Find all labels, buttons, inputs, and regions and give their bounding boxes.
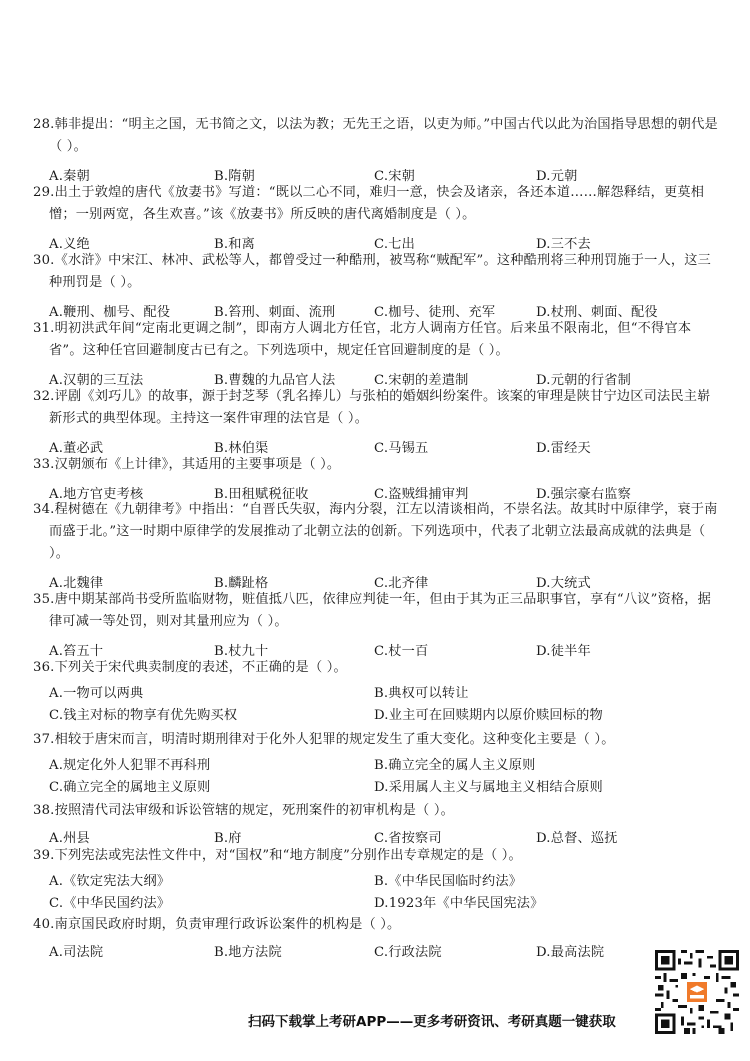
question-stem: 30.《水浒》中宋江、林冲、武松等人，都曾受过一种酷刑，被骂称“贼配军”。这种酷… (33, 250, 723, 294)
question-number: 34. (33, 502, 55, 517)
option-b[interactable]: B.地方法院 (214, 942, 282, 964)
question-number: 36. (33, 660, 55, 675)
option-a[interactable]: A.司法院 (49, 942, 103, 964)
question-text: 程树德在《九朝律考》中指出：“自晋氏失驭，海内分裂，江左以清谈相尚，不崇名法。故… (49, 502, 718, 561)
option-d[interactable]: D.业主可在回赎期内以原价赎回标的物 (374, 705, 603, 727)
question-text: 评剧《刘巧儿》的故事，源于封芝琴（乳名捧儿）与张柏的婚姻纠纷案件。该案的审理是陕… (49, 389, 711, 426)
question-35: 35.唐中期某部尚书受所监临财物，赃值抵八匹，依律应判徒一年，但由于其为正三品职… (33, 589, 723, 663)
question-number: 31. (33, 321, 55, 336)
question-stem: 37.相较于唐宋而言，明清时期刑律对于化外人犯罪的规定发生了重大变化。这种变化主… (33, 729, 723, 751)
question-stem: 38.按照清代司法审级和诉讼管辖的规定，死刑案件的初审机构是（ ）。 (33, 800, 723, 822)
question-text: 汉朝颁布《上计律》，其适用的主要事项是（ ）。 (55, 457, 341, 472)
option-d[interactable]: D.最高法院 (536, 942, 604, 964)
question-number: 39. (33, 848, 55, 863)
question-text: 韩非提出：“明主之国，无书简之文，以法为教；无先王之语，以吏为师。”中国古代以此… (49, 117, 718, 154)
question-37: 37.相较于唐宋而言，明清时期刑律对于化外人犯罪的规定发生了重大变化。这种变化主… (33, 729, 723, 799)
option-c[interactable]: C.确立完全的属地主义原则 (49, 777, 210, 799)
question-text: 南京国民政府时期，负责审理行政诉讼案件的机构是（ ）。 (55, 917, 401, 932)
option-c[interactable]: C.《中华民国约法》 (49, 893, 170, 915)
option-a[interactable]: A.规定化外人犯罪不再科刑 (49, 755, 210, 777)
question-stem: 32.评剧《刘巧儿》的故事，源于封芝琴（乳名捧儿）与张柏的婚姻纠纷案件。该案的审… (33, 386, 723, 430)
question-number: 40. (33, 917, 55, 932)
question-stem: 40.南京国民政府时期，负责审理行政诉讼案件的机构是（ ）。 (33, 914, 723, 936)
question-text: 《水浒》中宋江、林冲、武松等人，都曾受过一种酷刑，被骂称“贼配军”。这种酷刑将三… (49, 253, 711, 290)
question-stem: 39.下列宪法或宪法性文件中，对“国权”和“地方制度”分别作出专章规定的是（ ）… (33, 845, 723, 867)
option-b[interactable]: B.确立完全的属人主义原则 (374, 755, 536, 777)
option-d[interactable]: D.1923年《中华民国宪法》 (374, 893, 544, 915)
question-number: 35. (33, 592, 55, 607)
question-number: 38. (33, 803, 55, 818)
qr-code-icon[interactable] (655, 950, 739, 1034)
options: A.一物可以两典 B.典权可以转让 C.钱主对标的物享有优先购买权 D.业主可在… (33, 683, 723, 727)
question-text: 唐中期某部尚书受所监临财物，赃值抵八匹，依律应判徒一年，但由于其为正三品职事官，… (49, 592, 711, 629)
question-text: 出土于敦煌的唐代《放妻书》写道：“既以二心不同，难归一意，快会及诸亲，各还本道…… (49, 185, 704, 222)
option-a[interactable]: A.《钦定宪法大纲》 (49, 871, 170, 893)
question-text: 下列关于宋代典卖制度的表述，不正确的是（ ）。 (55, 660, 347, 675)
question-28: 28.韩非提出：“明主之国，无书简之文，以法为教；无先王之语，以吏为师。”中国古… (33, 114, 723, 188)
question-stem: 29.出土于敦煌的唐代《放妻书》写道：“既以二心不同，难归一意，快会及诸亲，各还… (33, 182, 723, 226)
options: A.规定化外人犯罪不再科刑 B.确立完全的属人主义原则 C.确立完全的属地主义原… (33, 755, 723, 799)
question-number: 32. (33, 389, 55, 404)
question-stem: 34.程树德在《九朝律考》中指出：“自晋氏失驭，海内分裂，江左以清谈相尚，不崇名… (33, 499, 723, 565)
options: A.司法院 B.地方法院 C.行政法院 D.最高法院 (33, 942, 723, 964)
question-number: 37. (33, 732, 55, 747)
question-text: 按照清代司法审级和诉讼管辖的规定，死刑案件的初审机构是（ ）。 (55, 803, 454, 818)
question-number: 33. (33, 457, 55, 472)
question-38: 38.按照清代司法审级和诉讼管辖的规定，死刑案件的初审机构是（ ）。 A.州县 … (33, 800, 723, 850)
option-c[interactable]: C.钱主对标的物享有优先购买权 (49, 705, 237, 727)
option-b[interactable]: B.典权可以转让 (374, 683, 469, 705)
question-number: 30. (33, 253, 55, 268)
question-number: 29. (33, 185, 55, 200)
options: A.《钦定宪法大纲》 B.《中华民国临时约法》 C.《中华民国约法》 D.192… (33, 871, 723, 915)
question-32: 32.评剧《刘巧儿》的故事，源于封芝琴（乳名捧儿）与张柏的婚姻纠纷案件。该案的审… (33, 386, 723, 460)
question-stem: 31.明初洪武年间“定南北更调之制”，即南方人调北方任官，北方人调南方任官。后来… (33, 318, 723, 362)
option-a[interactable]: A.一物可以两典 (49, 683, 143, 705)
option-c[interactable]: C.行政法院 (374, 942, 442, 964)
question-34: 34.程树德在《九朝律考》中指出：“自晋氏失驭，海内分裂，江左以清谈相尚，不崇名… (33, 499, 723, 595)
question-36: 36.下列关于宋代典卖制度的表述，不正确的是（ ）。 A.一物可以两典 B.典权… (33, 657, 723, 727)
option-d[interactable]: D.采用属人主义与属地主义相结合原则 (374, 777, 603, 799)
question-stem: 36.下列关于宋代典卖制度的表述，不正确的是（ ）。 (33, 657, 723, 679)
promo-text: 扫码下载掌上考研APP——更多考研资讯、考研真题一键获取 (248, 1010, 616, 1030)
question-30: 30.《水浒》中宋江、林冲、武松等人，都曾受过一种酷刑，被骂称“贼配军”。这种酷… (33, 250, 723, 324)
question-40: 40.南京国民政府时期，负责审理行政诉讼案件的机构是（ ）。 A.司法院 B.地… (33, 914, 723, 964)
question-number: 28. (33, 117, 55, 132)
question-31: 31.明初洪武年间“定南北更调之制”，即南方人调北方任官，北方人调南方任官。后来… (33, 318, 723, 392)
question-39: 39.下列宪法或宪法性文件中，对“国权”和“地方制度”分别作出专章规定的是（ ）… (33, 845, 723, 915)
option-b[interactable]: B.《中华民国临时约法》 (374, 871, 522, 893)
question-stem: 33.汉朝颁布《上计律》，其适用的主要事项是（ ）。 (33, 454, 723, 476)
question-text: 明初洪武年间“定南北更调之制”，即南方人调北方任官，北方人调南方任官。后来虽不限… (49, 321, 691, 358)
question-stem: 28.韩非提出：“明主之国，无书简之文，以法为教；无先王之语，以吏为师。”中国古… (33, 114, 723, 158)
question-text: 下列宪法或宪法性文件中，对“国权”和“地方制度”分别作出专章规定的是（ ）。 (55, 848, 522, 863)
exam-page: 28.韩非提出：“明主之国，无书简之文，以法为教；无先王之语，以吏为师。”中国古… (0, 0, 750, 1061)
question-29: 29.出土于敦煌的唐代《放妻书》写道：“既以二心不同，难归一意，快会及诸亲，各还… (33, 182, 723, 256)
question-stem: 35.唐中期某部尚书受所监临财物，赃值抵八匹，依律应判徒一年，但由于其为正三品职… (33, 589, 723, 633)
question-text: 相较于唐宋而言，明清时期刑律对于化外人犯罪的规定发生了重大变化。这种变化主要是（… (55, 732, 615, 747)
